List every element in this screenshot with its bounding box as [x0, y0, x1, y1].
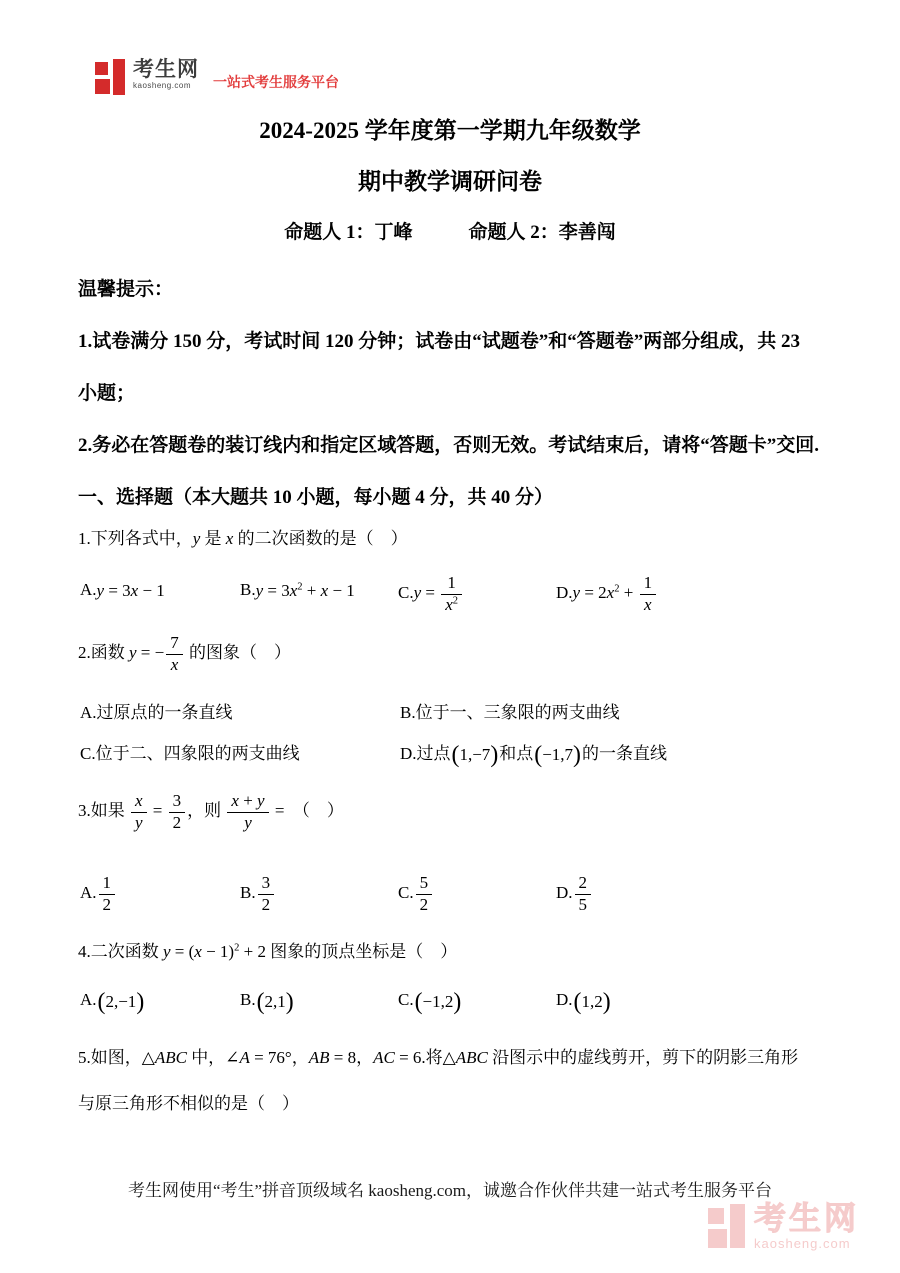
q4-option-b: B.(2,1) [240, 988, 295, 1014]
author-1: 命题人 1：丁峰 [284, 217, 412, 244]
logo-brand-name: 考生网 [133, 58, 199, 81]
logo-block-bottom-left [95, 79, 110, 94]
logo-tagline: 一站式考生服务平台 [213, 72, 339, 92]
question-1-stem: 1.下列各式中，y 是 x 的二次函数的是（ ） [78, 527, 408, 551]
watermark-brand-name: 考生网 [754, 1202, 859, 1236]
logo-block-right-bar [113, 59, 125, 95]
notice-item-1-line-1: 1.试卷满分 150 分，考试时间 120 分钟；试卷由“试题卷”和“答题卷”两… [78, 326, 800, 353]
q1-option-d-label: D. [556, 583, 573, 602]
q3-option-a: A.12 [80, 874, 117, 914]
logo-brand-domain: kaosheng.com [133, 81, 199, 90]
q1-option-b: B.y = 3x2 + x − 1 [240, 578, 355, 603]
q2-option-d: D.过点(1,−7)和点(−1,7)的一条直线 [400, 742, 667, 767]
header-logo: 考生网 kaosheng.com 一站式考生服务平台 [95, 58, 339, 98]
q3-option-d-formula: 25 [573, 874, 594, 914]
q1-option-a-formula: y = 3x − 1 [97, 579, 165, 603]
q1-option-a: A.y = 3x − 1 [80, 578, 165, 603]
question-3-stem: 3.如果 xy = 32，则 x + yy = （ ） [78, 792, 344, 832]
notice-heading: 温馨提示： [78, 274, 173, 301]
q4-option-a-formula: (2,−1) [97, 989, 146, 1014]
q1-option-c-formula: y = 1x2 [414, 574, 464, 614]
watermark-block-top-left [708, 1208, 724, 1224]
q4-option-c: C.(−1,2) [398, 988, 462, 1014]
q1-option-b-label: B. [240, 580, 256, 599]
watermark-brand-column: 考生网 kaosheng.com [754, 1202, 859, 1251]
q3-option-b-formula: 32 [256, 874, 277, 914]
watermark-brand-domain: kaosheng.com [754, 1236, 859, 1251]
q3-option-a-formula: 12 [97, 874, 118, 914]
q3-option-a-label: A. [80, 883, 97, 902]
watermark-block-right-bar [730, 1204, 745, 1248]
q4-option-a: A.(2,−1) [80, 988, 145, 1014]
kaosheng-logo-icon [95, 58, 129, 98]
q2-option-c: C.位于二、四象限的两支曲线 [80, 742, 300, 766]
section-1-heading: 一、选择题（本大题共 10 小题，每小题 4 分，共 40 分） [78, 482, 553, 509]
q3-option-b-label: B. [240, 883, 256, 902]
q1-option-d: D.y = 2x2 + 1x [556, 574, 658, 614]
q3-option-c-label: C. [398, 883, 414, 902]
q1-option-d-formula: y = 2x2 + 1x [573, 574, 659, 614]
q4-option-c-formula: (−1,2) [414, 989, 463, 1014]
q2-option-a: A.过原点的一条直线 [80, 701, 233, 725]
q4-option-d-label: D. [556, 990, 573, 1009]
q4-option-b-label: B. [240, 990, 256, 1009]
author-2: 命题人 2：李善闯 [469, 217, 616, 244]
q4-option-c-label: C. [398, 990, 414, 1009]
question-4-stem: 4.二次函数 y = (x − 1)2 + 2 图象的顶点坐标是（ ） [78, 940, 457, 964]
q1-option-c: C.y = 1x2 [398, 574, 464, 614]
exam-title-line-2: 期中教学调研问卷 [0, 163, 900, 196]
q3-option-c-formula: 52 [414, 874, 435, 914]
exam-title-line-1: 2024-2025 学年度第一学期九年级数学 [0, 112, 900, 145]
logo-brand-column: 考生网 kaosheng.com [133, 58, 199, 90]
q4-option-b-formula: (2,1) [256, 989, 295, 1014]
q4-option-d-formula: (1,2) [573, 989, 612, 1014]
watermark-logo-icon [708, 1202, 748, 1254]
watermark-block-bottom-left [708, 1229, 727, 1248]
q3-option-c: C.52 [398, 874, 434, 914]
logo-block-top-left [95, 62, 108, 75]
footer-watermark: 考生网 kaosheng.com [708, 1202, 859, 1254]
q4-option-a-label: A. [80, 990, 97, 1009]
q3-option-d-label: D. [556, 883, 573, 902]
question-5-stem-line-2: 与原三角形不相似的是（ ） [78, 1092, 299, 1116]
question-5-stem-line-1: 5.如图，△ABC 中，∠A = 76°，AB = 8，AC = 6.将△ABC… [78, 1046, 798, 1070]
footer-text: 考生网使用“考生”拼音顶级域名 kaosheng.com，诚邀合作伙伴共建一站式… [0, 1176, 900, 1201]
q3-option-d: D.25 [556, 874, 593, 914]
q1-option-b-formula: y = 3x2 + x − 1 [256, 579, 355, 603]
notice-item-1-line-2: 小题； [78, 378, 135, 405]
exam-paper-page: { "colors": { "logo_red": "#d42b2b", "ta… [0, 0, 900, 1273]
q4-option-d: D.(1,2) [556, 988, 612, 1014]
notice-item-2: 2.务必在答题卷的装订线内和指定区域答题，否则无效。考试结束后，请将“答题卡”交… [78, 430, 819, 457]
q2-option-b: B.位于一、三象限的两支曲线 [400, 701, 620, 725]
question-2-stem: 2.函数 y = −7x 的图象（ ） [78, 634, 291, 674]
q1-option-c-label: C. [398, 583, 414, 602]
q1-option-a-label: A. [80, 580, 97, 599]
q3-option-b: B.32 [240, 874, 276, 914]
authors-line: 命题人 1：丁峰 命题人 2：李善闯 [0, 217, 900, 244]
